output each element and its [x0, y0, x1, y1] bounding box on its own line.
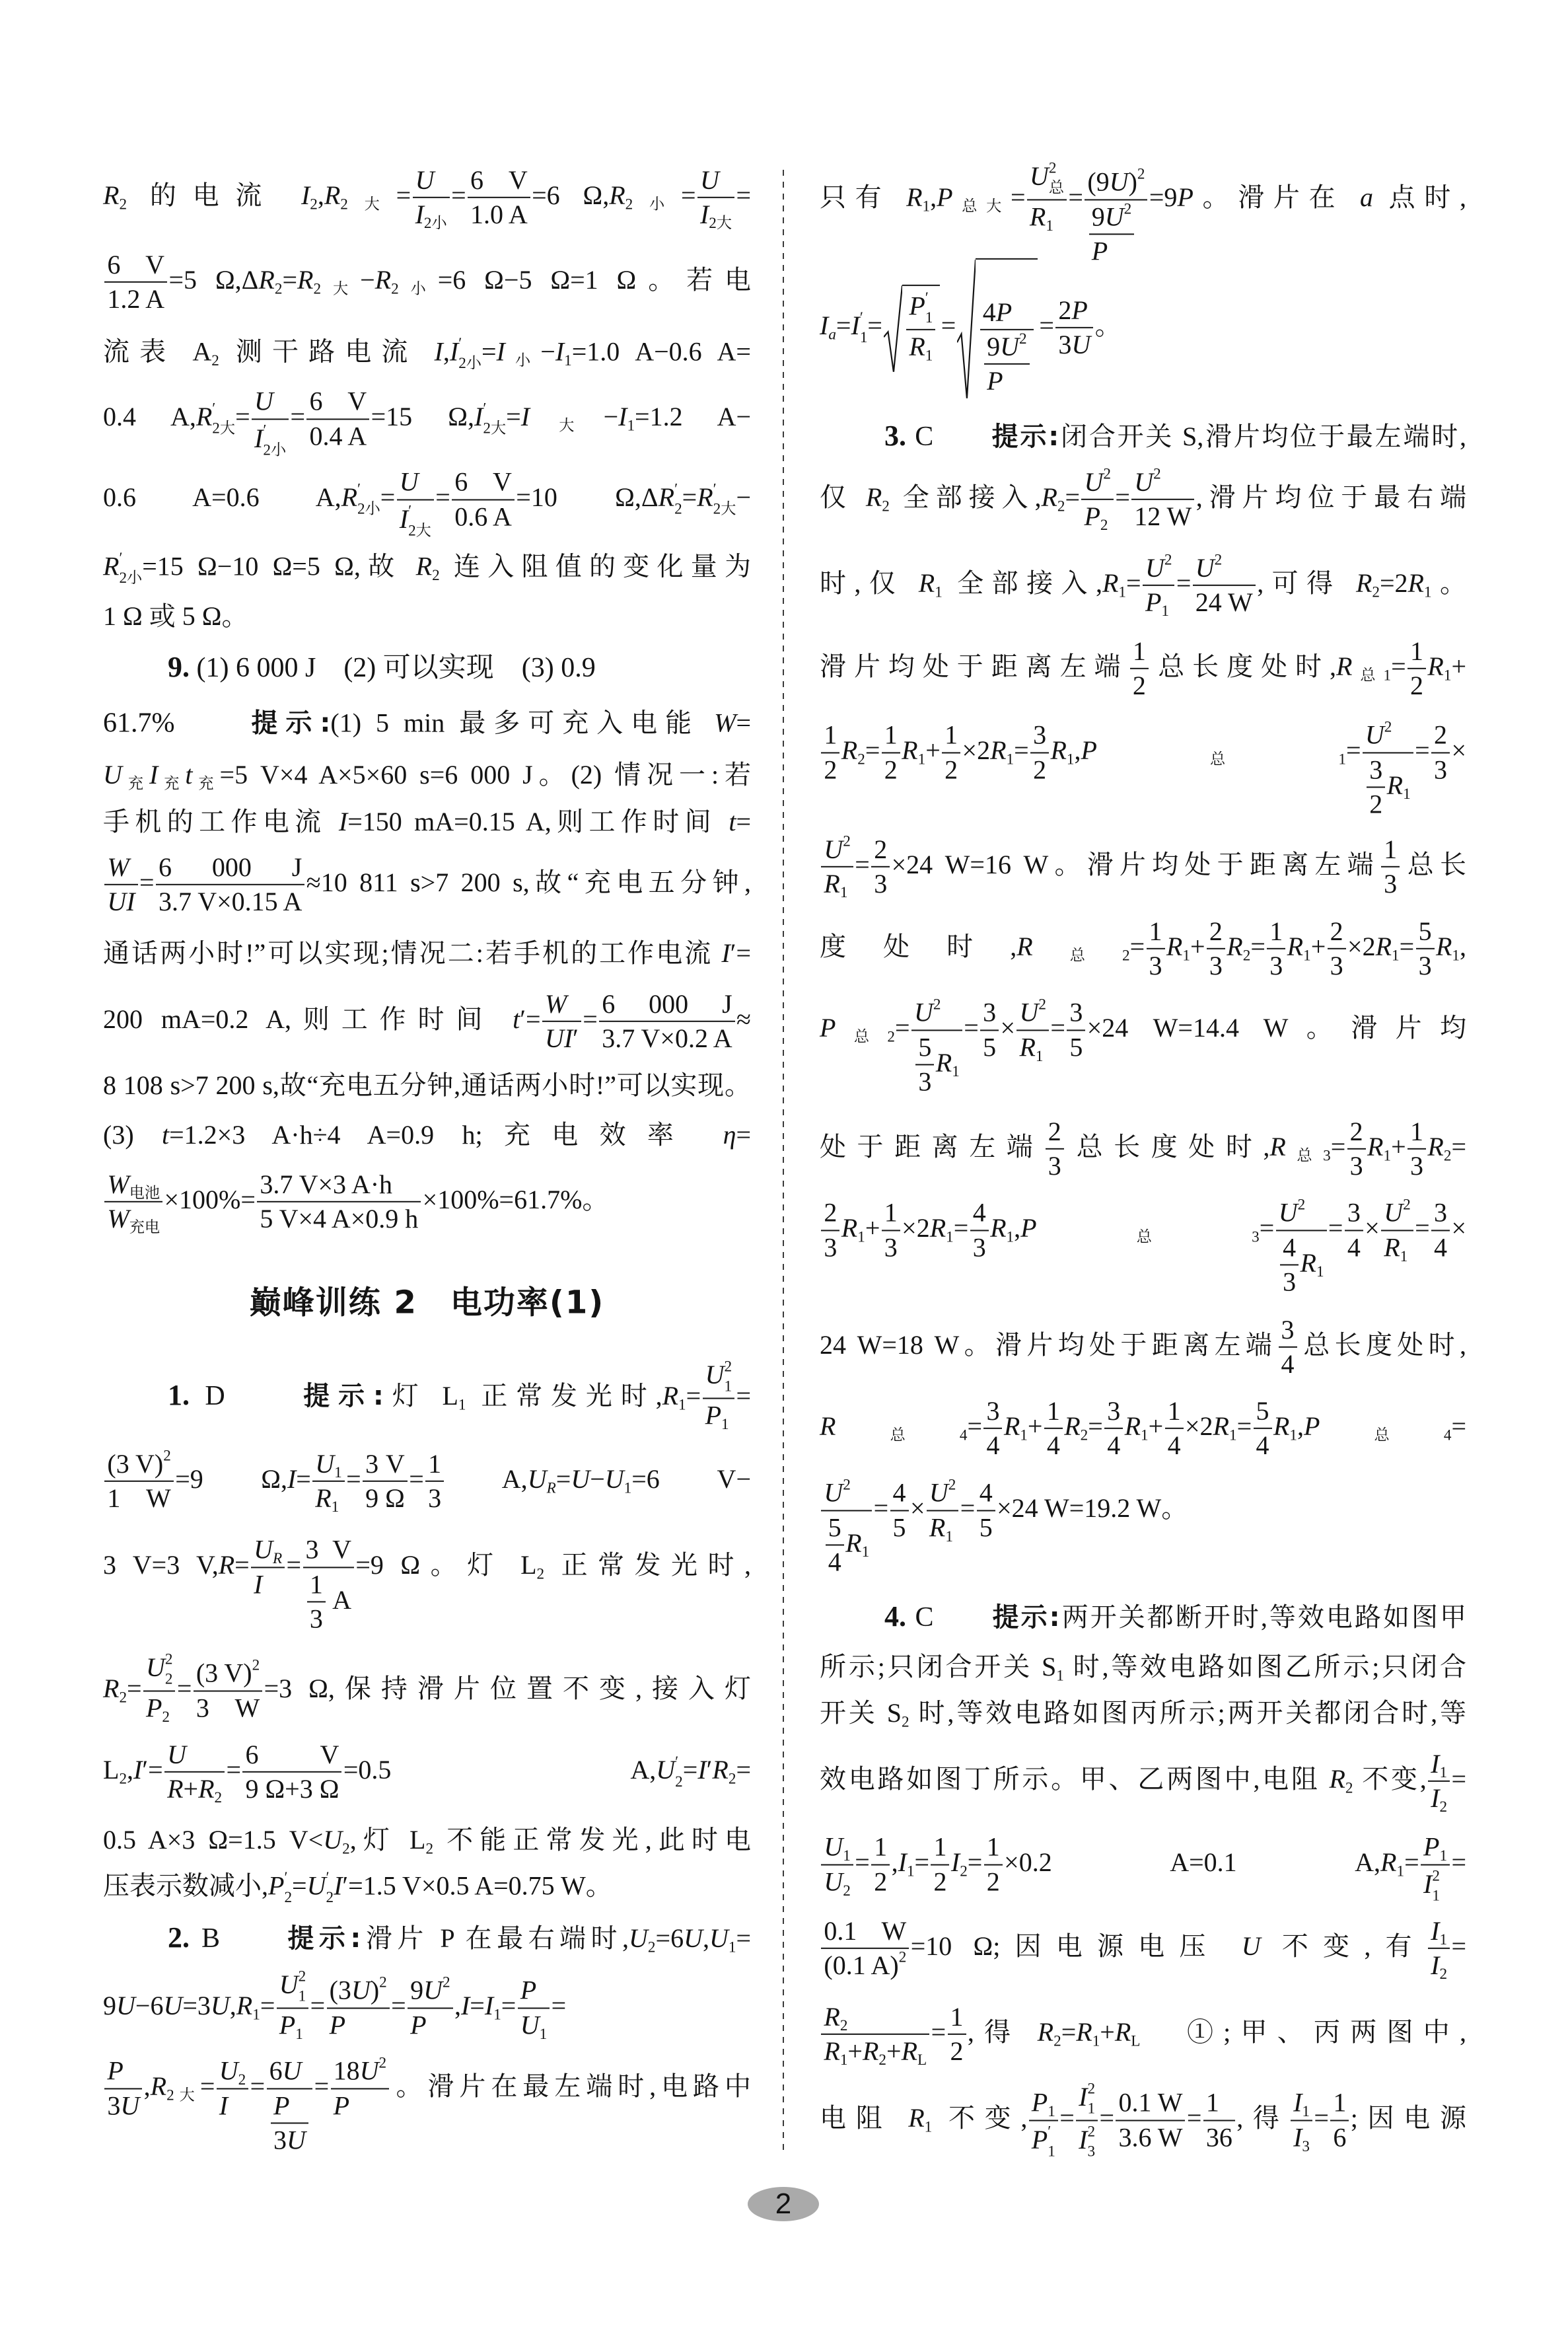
math-variable: R [1427, 651, 1443, 681]
math-text: (3) [103, 1120, 162, 1150]
math-text: − [604, 402, 619, 431]
math-variable: R [1166, 932, 1182, 961]
math-text: = [1099, 2103, 1114, 2133]
math-variable: I [1431, 1950, 1439, 1980]
math-text: (3 V) [196, 1658, 252, 1688]
math-variable: P [987, 366, 1003, 396]
math-text: , [1297, 1411, 1304, 1441]
math-text: 流表 A [103, 336, 211, 366]
subscript: 电池 [129, 1185, 160, 1202]
math-text: = [1061, 2017, 1077, 2047]
math-variable: U [400, 467, 419, 497]
sub-superscript: ′2大 [408, 501, 431, 540]
math-text: 两开关都断开时,等效电路如图甲 [1060, 1602, 1466, 1632]
numerator: 9U2 [984, 331, 1029, 365]
math-text: 8 108 s>7 200 s,故“充电五分钟,通话两小时!”可以实现。 [103, 1070, 751, 1100]
text-line: P总2=U253R1=35×U2R1=35×24 W=14.4 W。滑片均 [820, 962, 1466, 1099]
superscript: 2 [948, 1477, 956, 1494]
math-text: 36 [1206, 2122, 1232, 2152]
numerator: P [104, 2055, 142, 2089]
math-text: (0.1 A) [824, 1950, 898, 1980]
fraction: WUI′ [542, 988, 581, 1056]
math-text: , [454, 1991, 461, 2020]
subscript: 总3 [1037, 1229, 1260, 1246]
text-line: WUI=6 000 J3.7 V×0.15 A≈10 811 s>7 200 s… [103, 852, 751, 919]
math-variable: U [167, 1740, 186, 1769]
fraction: 12 [948, 2001, 966, 2069]
math-text: 5 [1419, 916, 1432, 946]
fraction: U2R1 [927, 1477, 958, 1545]
math-text: = [250, 2071, 266, 2101]
math-text: = [1314, 2103, 1329, 2133]
answer-text: D [190, 1381, 225, 1411]
math-variable: U [163, 1991, 182, 2020]
math-variable: R [845, 1528, 861, 1558]
math-variable: R [103, 1674, 119, 1703]
math-text: 2 [1103, 466, 1111, 483]
subscript: 1 [935, 584, 943, 601]
denominator: 3 [821, 1231, 839, 1263]
math-text: = [1039, 311, 1054, 340]
math-text: 2 [950, 2036, 964, 2066]
section-heading: 巅峰训练 2 电功率(1) [103, 1277, 751, 1323]
math-text: − [540, 336, 555, 366]
math-variable: I [1079, 2082, 1087, 2112]
subscript: 3 [1088, 2141, 1096, 2161]
math-text: 4 [828, 1547, 841, 1577]
denominator: 3 [871, 867, 890, 900]
answer-text: B [190, 1923, 220, 1954]
subscript: R [273, 1550, 282, 1567]
fraction: U253R1 [911, 962, 962, 1099]
question-2-header-line: 2. B 提示:滑片 P 在最右端时,U2=6U,U1= [103, 1919, 751, 1957]
math-text: = [1088, 1411, 1103, 1441]
text-line: R2 的电流 I2,R2大=UI2小=6 V1.0 A=6 Ω,R2小=UI2大… [103, 165, 751, 232]
sub-superscript: ′2小 [263, 420, 286, 460]
math-text: = [736, 180, 751, 210]
math-variable: P [107, 2056, 123, 2086]
numerator: 3 [1279, 1314, 1297, 1348]
math-text: 2 [342, 1840, 350, 1857]
subscript: 1 [1396, 1863, 1404, 1880]
math-text: 1 [724, 1378, 732, 1395]
math-text: 2 [874, 1866, 887, 1896]
subscript: 1 [334, 1464, 342, 1481]
math-text: ,滑片均位于最右端 [1196, 482, 1466, 512]
denominator: 3 W [194, 1691, 262, 1724]
math-text: 5 [828, 1512, 841, 1542]
math-text: 2 [165, 1651, 173, 1668]
math-text: 2 [1033, 755, 1046, 784]
numerator: U2 [911, 997, 962, 1031]
math-text: 3 [1069, 998, 1083, 1027]
math-text [175, 708, 252, 738]
fraction: P′1R1 [906, 288, 935, 372]
math-text: 2 [1439, 1799, 1447, 1816]
fraction: 6 V9 Ω+3 Ω [242, 1739, 341, 1806]
math-text: 滑片 P 在最右端时, [361, 1923, 629, 1953]
math-text: ′ [860, 309, 863, 326]
numerator: 3 V [303, 1534, 354, 1568]
math-text: 2 [840, 2017, 848, 2034]
text-line: 所示;只闭合开关 S1 时,等效电路如图乙所示;只闭合 [820, 1650, 1466, 1684]
numerator: P1 [1421, 1831, 1450, 1865]
math-variable: I [820, 311, 828, 340]
denominator: 4 [1431, 1231, 1450, 1263]
math-variable: P [705, 1400, 721, 1430]
math-text: 1.0 A [470, 200, 528, 229]
numerator: U21 [703, 1357, 734, 1399]
denominator: U2 [821, 1865, 853, 1898]
numerator: 3 [1104, 1395, 1123, 1429]
math-text: 3 [1384, 869, 1397, 899]
subscript: 2 [729, 1771, 736, 1788]
math-text: 2 [1100, 517, 1108, 535]
denominator: I3 [1291, 2121, 1312, 2153]
math-text: 总4 [1320, 1427, 1451, 1444]
math-text: 6 V [309, 387, 367, 416]
math-variable: R [1038, 2017, 1053, 2047]
denominator: 3 [1431, 753, 1450, 786]
math-text: 6 [269, 2056, 283, 2086]
math-text: = [1451, 1132, 1466, 1162]
math-text: 3 [1347, 1198, 1361, 1228]
fraction: U1U2 [821, 1831, 853, 1899]
math-text: 1 [310, 1569, 323, 1599]
fraction: 54 [826, 1512, 844, 1579]
math-variable: R [866, 482, 882, 512]
sub-superscript: ′1 [1048, 2122, 1055, 2161]
numerator: 1 [871, 1831, 890, 1865]
subscript: 1 [1439, 1764, 1447, 1781]
numerator: 5 [826, 1512, 844, 1545]
math-text: = [292, 1870, 307, 1900]
subscript: 总4 [836, 1427, 967, 1444]
superscript: 2 [1137, 166, 1145, 183]
subscript: 2 [1439, 1966, 1447, 1983]
subscript: 2大 [483, 419, 506, 439]
math-variable: I [721, 938, 730, 968]
denominator: 4 [826, 1545, 844, 1578]
numerator: U2 [927, 1477, 958, 1511]
subscript: 2 [1345, 1780, 1353, 1797]
math-text: 1 [907, 1863, 915, 1880]
subscript: 1 [1046, 217, 1053, 235]
math-text: = [1451, 1847, 1466, 1877]
superscript: 2 [1384, 719, 1392, 736]
denominator: P2 [1081, 500, 1113, 533]
subscript: 2 [674, 499, 682, 519]
math-text: 1 [1141, 1427, 1149, 1444]
superscript: 2 [165, 1650, 173, 1670]
math-text: 2大 [166, 2087, 200, 2104]
fraction: URI [251, 1534, 285, 1602]
math-variable: R [1273, 1411, 1289, 1441]
math-variable: R [547, 1480, 556, 1497]
math-text: 1 [458, 1397, 466, 1414]
denominator: 43R1 [1276, 1231, 1327, 1300]
math-text: = [1065, 482, 1080, 512]
subscript: 2小 [424, 215, 447, 233]
fraction: U2总R1 [1027, 159, 1067, 242]
math-text: 2 [843, 1882, 851, 1900]
superscript: ′ [483, 399, 506, 419]
math-text: 5 [980, 1512, 993, 1542]
math-text: 1 [944, 720, 958, 750]
math-variable: P [1032, 2088, 1048, 2118]
denominator: 2 [942, 753, 960, 786]
subscript: 2 [1053, 2033, 1061, 2050]
math-text: 2 [1434, 720, 1447, 750]
math-text: + [1311, 932, 1326, 961]
subscript: 1 [1400, 1248, 1408, 1265]
math-variable: U [323, 1825, 342, 1855]
numerator: (3 V)2 [104, 1448, 173, 1482]
math-variable: R [341, 482, 357, 512]
math-variable: R [103, 551, 119, 581]
math-text: = [287, 1550, 302, 1580]
math-variable: I [450, 336, 458, 366]
math-text: 6 000 J [602, 989, 732, 1019]
math-text: 不能正常发光,此时电 [433, 1825, 751, 1855]
text-line: 0.4 A,R′2大=UI′2小=6 V0.4 A=15 Ω,I′2大=I大−I… [103, 379, 751, 461]
denominator: 3 [915, 1065, 934, 1097]
text-line: (3) t=1.2×3 A·h÷4 A=0.9 h;充电效率 η= [103, 1118, 751, 1152]
numerator: 9U2 [408, 1975, 452, 2009]
math-text: = [1115, 482, 1130, 512]
math-text: 2 [432, 567, 440, 584]
denominator: 3.6 W [1116, 2121, 1185, 2153]
fraction: 6 000 J3.7 V×0.15 A [156, 852, 304, 919]
math-text: 4 [980, 1478, 993, 1508]
denominator: 24 W [1193, 586, 1256, 618]
numerator: U2 [821, 834, 853, 867]
math-variable: I [254, 1569, 262, 1599]
numerator: 1 [1203, 2087, 1235, 2121]
math-text: 1 [840, 885, 848, 902]
math-variable: U [120, 2090, 139, 2120]
denominator: I′2小 [252, 420, 289, 461]
math-text: 2 [843, 1477, 851, 1494]
numerator: (3 V)2 [194, 1658, 262, 1691]
math-text: 2 [1137, 166, 1145, 183]
numerator: 1 [1408, 1116, 1426, 1150]
math-variable: I [697, 1755, 706, 1785]
numerator: 6 V [242, 1739, 341, 1773]
subscript: 1 [564, 352, 572, 369]
math-text: 3.7 V×0.2 A [602, 1023, 732, 1053]
math-text: ′ [674, 481, 678, 498]
math-text: 3 W [196, 1693, 260, 1722]
numerator: 5 [915, 1031, 934, 1065]
math-text: = [1130, 932, 1145, 961]
math-text: 大 [530, 418, 604, 435]
math-text: 开关 S [820, 1698, 902, 1728]
math-text: = [736, 1381, 751, 1411]
math-text: 2 [119, 1689, 127, 1707]
math-text: 1 [1168, 1396, 1181, 1426]
subscript: 1 [1439, 1931, 1447, 1948]
text-line: 通话两小时!”可以实现;情况二:若手机的工作电流 I′= [103, 936, 751, 971]
text-line: U充I充t充=5 V×4 A×5×60 s=6 000 J。(2) 情况一:若 [103, 758, 751, 792]
sub-superscript: ′1 [860, 308, 868, 348]
math-variable: R [824, 2036, 839, 2066]
math-variable: U [103, 760, 122, 790]
math-variable: R [1213, 1411, 1229, 1441]
numerator: 4 [890, 1477, 909, 1511]
math-text: = [291, 402, 306, 431]
math-text: ′ [1048, 2123, 1051, 2140]
math-text: 时,等效电路如图乙所示;只闭合 [1064, 1652, 1466, 1681]
math-variable: R [103, 180, 119, 210]
math-text: 1 [1048, 2103, 1055, 2120]
math-variable: R [324, 180, 340, 210]
hint-label: 提示: [251, 708, 330, 739]
fraction: R2R1+R2+RL [821, 2001, 929, 2069]
math-text: , [230, 1991, 236, 2020]
subscript: 1 [1048, 2141, 1055, 2161]
math-text: 1 [1133, 636, 1146, 666]
denominator: 3U [271, 2123, 308, 2156]
math-variable: P [1145, 587, 1161, 617]
math-text: 1 [840, 2052, 848, 2069]
math-text: = [736, 807, 751, 836]
math-variable: R [258, 265, 274, 295]
sub-superscript: ′1 [925, 288, 933, 328]
subscript: 总1 [1352, 667, 1391, 684]
fraction: U2I [217, 2055, 248, 2123]
math-variable: R [375, 265, 391, 295]
math-variable: I [1423, 1869, 1432, 1899]
hint-label: 提示: [303, 1381, 384, 1411]
math-text: 0.4 A [309, 421, 367, 451]
math-text: − [590, 1464, 605, 1494]
math-text: = [234, 1550, 250, 1580]
math-text: (1) 5 min 最多可充入电能 [330, 708, 714, 738]
sub-superscript: 21 [1432, 1866, 1440, 1905]
math-variable: R [219, 1550, 234, 1580]
math-variable: R [936, 1048, 952, 1078]
math-variable: P [1177, 182, 1193, 212]
subscript: 1 [678, 1397, 686, 1414]
numerator: U2 [821, 1477, 872, 1511]
math-text: = [1237, 1411, 1252, 1441]
fraction: (9U)29U2P [1085, 131, 1147, 268]
math-text: =6 [656, 1923, 684, 1953]
sub-superscript: ′2小 [357, 480, 380, 519]
math-text: 总1 [1097, 751, 1346, 768]
numerator: 2 [1328, 916, 1346, 949]
math-text: 1 [935, 584, 943, 601]
sub-superscript: ′2小 [458, 334, 481, 373]
math-text: 1 [1432, 1887, 1440, 1904]
math-text: 2 [238, 2071, 246, 2088]
math-variable: P [1304, 1411, 1320, 1441]
math-text: × [1365, 1213, 1380, 1243]
math-text: 不变,有 [1261, 1931, 1427, 1961]
math-text: ×2 [1347, 932, 1376, 961]
math-variable: R [1287, 932, 1303, 961]
denominator: 9 Ω+3 Ω [242, 1773, 341, 1805]
math-text: 2 [284, 1889, 292, 1906]
superscript: 2 [933, 996, 941, 1014]
math-variable: I [1431, 1916, 1439, 1946]
math-text: 18 [334, 2056, 360, 2086]
numerator: 1 [931, 1831, 949, 1865]
denominator: 32R1 [1363, 753, 1413, 822]
math-variable: P [146, 1693, 162, 1722]
numerator: P1 [1029, 2087, 1058, 2121]
denominator: P′1 [1029, 2121, 1058, 2162]
math-text: 不变, [1353, 1764, 1426, 1794]
superscript: 2 [1088, 2122, 1096, 2141]
math-text: 度处时, [820, 932, 1016, 961]
math-text: = [346, 1464, 361, 1494]
math-text: , [127, 1755, 133, 1785]
numerator: U2 [1131, 466, 1194, 500]
numerator: 2 [871, 834, 890, 867]
denominator: P2 [143, 1691, 175, 1724]
numerator: U [697, 165, 734, 198]
math-text: ,可得 [1257, 568, 1356, 598]
superscript: ′ [860, 308, 868, 328]
superscript: 2 [299, 1967, 306, 1987]
math-text: ) [371, 1975, 379, 2005]
math-variable: P [334, 2090, 349, 2120]
denominator: I2大 [697, 198, 734, 231]
fraction: UI2大 [697, 165, 734, 232]
math-text: ′ [925, 289, 929, 307]
math-text: 1 [843, 1847, 851, 1864]
math-text: 2 [824, 755, 837, 784]
superscript: 2 [379, 1974, 387, 1991]
math-text: 6 000 J [159, 852, 302, 882]
math-variable: R [929, 1512, 945, 1542]
math-variable: R [1030, 202, 1046, 231]
subscript: 1 [918, 751, 926, 768]
math-text: = [409, 1464, 424, 1494]
math-variable: I [1431, 1749, 1439, 1779]
square-root: 4P9U2P [957, 258, 1038, 398]
numerator: 4 [1280, 1232, 1299, 1265]
fraction: U232R1 [1363, 684, 1413, 821]
subscript: 2 [165, 1670, 173, 1689]
math-text: 2 [843, 833, 851, 850]
subscript: 2 [1057, 498, 1065, 515]
math-text [933, 422, 991, 451]
math-text: 2大 [713, 501, 736, 518]
math-text: 5 [893, 1512, 906, 1542]
superscript: 2 [843, 833, 851, 850]
math-variable: I [700, 200, 709, 229]
math-text: 2 [933, 1866, 946, 1896]
math-text: 1 [1118, 584, 1126, 601]
math-text: 2 [960, 1863, 968, 1880]
math-variable: U [824, 1832, 843, 1862]
subscript: 2小 [625, 196, 681, 213]
numerator: U2总 [1027, 159, 1067, 201]
math-text: 1 [1302, 2103, 1310, 2120]
math-text: 压表示数减小, [103, 1870, 268, 1900]
math-text: 1 [1092, 2033, 1100, 2050]
math-text: = [470, 1991, 485, 2020]
math-text: 6 V [245, 1740, 339, 1769]
math-text: =1.2 A− [635, 402, 751, 431]
fraction: U22P2 [143, 1650, 175, 1734]
math-text: , [892, 1847, 898, 1877]
math-text: = [396, 180, 411, 210]
math-text: ′ [675, 1753, 678, 1771]
